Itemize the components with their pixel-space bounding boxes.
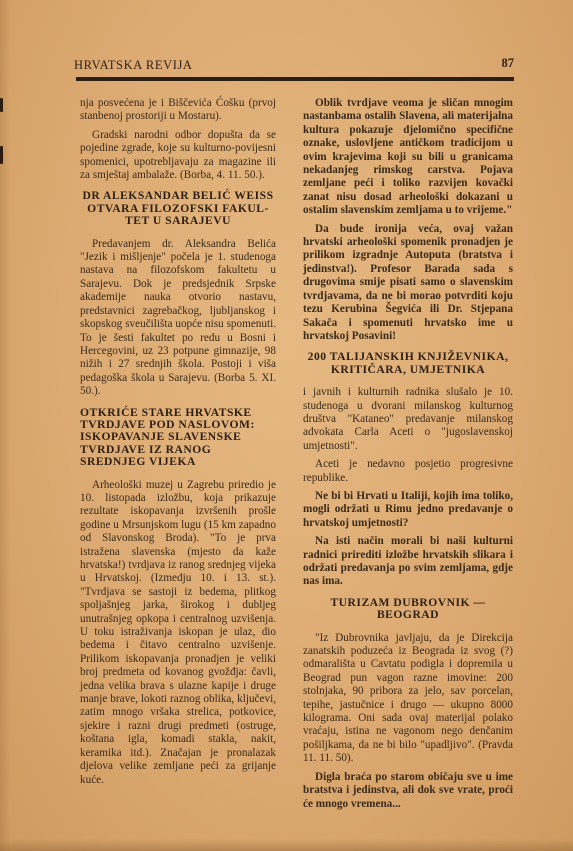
article-headline-tvrdjava: OTKRIĆE STARE HRVATSKE TVRDJAVE POD NASL… (80, 407, 276, 469)
headline-line: 200 TALIJANSKIH KNJIŽEVNIKA, (303, 351, 513, 363)
running-title: HRVATSKA REVIJA (74, 58, 193, 73)
article-headline-turizam: TURIZAM DUBROVNIK — BEOGRAD (303, 597, 513, 622)
page-number: 87 (502, 56, 515, 71)
headline-line: KRITIČARA, UMJETNIKA (303, 364, 513, 376)
paragraph: i javnih i kulturnih radnika slušalo je … (303, 386, 513, 453)
left-column: nja posvećena je i Biščevića Ćošku (prvo… (80, 97, 276, 787)
headline-line: SREDNJEG VIJEKA (80, 456, 276, 468)
paragraph: Na isti način morali bi naši kulturni ra… (303, 535, 513, 589)
paragraph: Gradski narodni odbor dopušta da se poje… (80, 129, 276, 183)
paragraph: Digla braća po starom običaju sve u ime … (303, 771, 513, 811)
article-headline-talijanski: 200 TALIJANSKIH KNJIŽEVNIKA, KRITIČARA, … (303, 351, 513, 376)
page-edge-shadow (0, 0, 10, 851)
magazine-page: HRVATSKA REVIJA 87 nja posvećena je i Bi… (0, 0, 573, 851)
paragraph: Aceti je nedavno posjetio progresivne re… (303, 458, 513, 485)
paragraph: Arheološki muzej u Zagrebu priredio je 1… (80, 479, 276, 787)
page-header: HRVATSKA REVIJA 87 (74, 56, 514, 76)
header-rule (76, 77, 514, 81)
article-headline-belic: DR ALEKSANDAR BELIĆ WEISS OTVARA FILOZOF… (80, 190, 276, 227)
headline-line: BEOGRAD (303, 609, 513, 621)
headline-line: TET U SARAJEVU (80, 215, 276, 227)
headline-line: ISKOPAVANJE SLAVENSKE (80, 431, 276, 443)
paragraph: Da bude ironija veća, ovaj važan hrvatsk… (303, 223, 513, 344)
paragraph: nja posvećena je i Biščevića Ćošku (prvo… (80, 97, 276, 124)
paragraph: "Iz Dubrovnika javljaju, da je Direkcija… (303, 632, 513, 766)
paragraph: Ne bi bi Hrvati u Italiji, kojih ima tol… (303, 490, 513, 530)
binding-hole-mark (0, 98, 3, 112)
right-column: Oblik tvrdjave veoma je sličan mnogim na… (303, 97, 513, 811)
binding-hole-mark (0, 146, 3, 164)
headline-line: DR ALEKSANDAR BELIĆ WEISS (80, 190, 276, 202)
paragraph: Oblik tvrdjave veoma je sličan mnogim na… (303, 97, 513, 218)
paragraph: Predavanjem dr. Aleksandra Belića "Jezik… (80, 238, 276, 399)
page-bottom-shadow (0, 839, 573, 851)
